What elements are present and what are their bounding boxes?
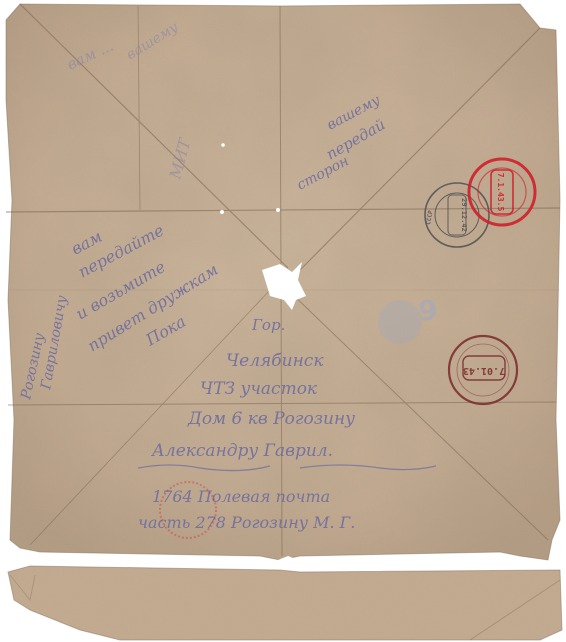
address-recipient: Александру Гаврил. <box>151 441 333 461</box>
svg-text:9: 9 <box>418 294 437 327</box>
paper-bottom-strip <box>8 566 562 640</box>
svg-text:7.1.43.5: 7.1.43.5 <box>496 173 505 212</box>
address-district: ЧТЗ участок <box>200 379 318 399</box>
sender-field-post: 1764 Полевая почта <box>152 487 330 506</box>
svg-text:29.12.42: 29.12.42 <box>460 198 468 232</box>
address-city-prefix: Гор. <box>251 316 285 334</box>
sender-unit: часть 278 Рогозину М. Г. <box>138 513 355 532</box>
address-city: Челябинск <box>226 351 324 371</box>
svg-text:7.01.43: 7.01.43 <box>463 365 505 376</box>
address-house: Дом 6 кв Рогозину <box>187 409 355 429</box>
field-post-letter-photo: вам ... вашему МИТ вам передайте и возьм… <box>0 0 566 642</box>
